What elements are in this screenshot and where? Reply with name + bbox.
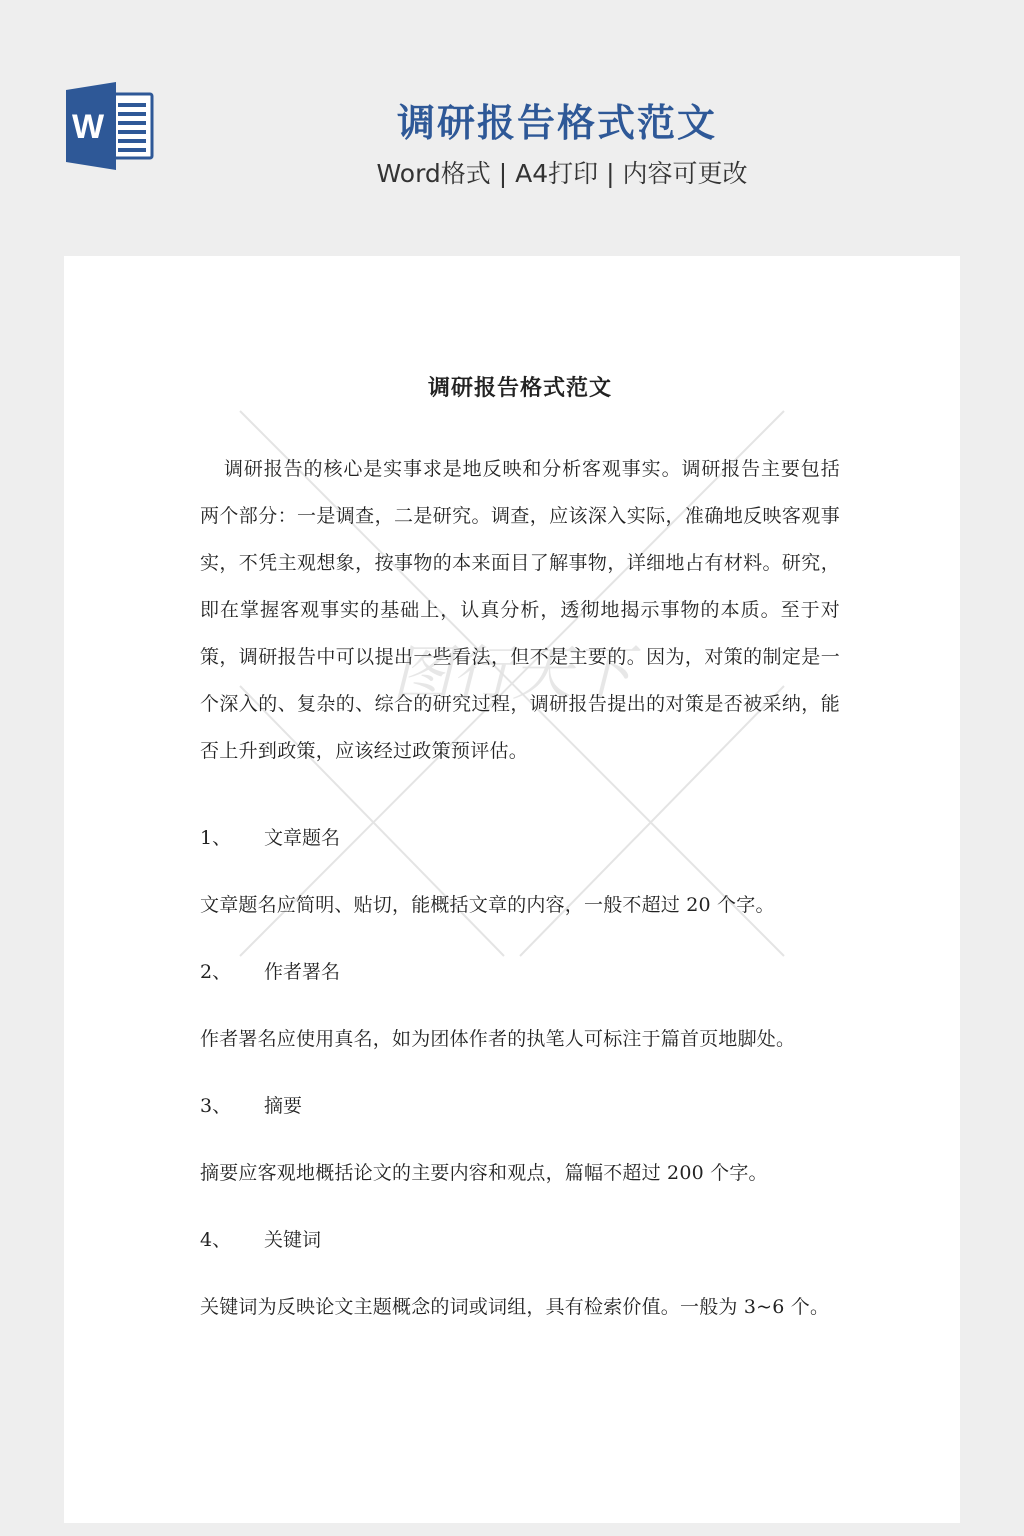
section-heading: 2、 作者署名 [200,949,840,996]
header-title: 调研报告格式范文 [0,92,1024,147]
section-number: 4、 [200,1217,264,1264]
section-label: 作者署名 [264,949,340,996]
document-page: 图行天下 调研报告格式范文 调研报告的核心是实事求是地反映和分析客观事实。调研报… [64,256,960,1523]
document-body: 调研报告格式范文 调研报告的核心是实事求是地反映和分析客观事实。调研报告主要包括… [200,368,840,1331]
section-label: 文章题名 [264,815,340,862]
section-number: 1、 [200,815,264,862]
section-heading: 4、 关键词 [200,1217,840,1264]
document-title: 调研报告格式范文 [200,368,840,408]
page-header: W 调研报告格式范文 Word格式 | A4打印 | 内容可更改 [0,0,1024,256]
section-label: 关键词 [264,1217,321,1264]
section-heading: 1、 文章题名 [200,815,840,862]
section-label: 摘要 [264,1083,302,1130]
header-subtitle: Word格式 | A4打印 | 内容可更改 [0,154,1024,190]
section-body: 作者署名应使用真名，如为团体作者的执笔人可标注于篇首页地脚处。 [200,1016,840,1063]
section-heading: 3、 摘要 [200,1083,840,1130]
section-body: 文章题名应简明、贴切，能概括文章的内容，一般不超过 20 个字。 [200,882,840,929]
section-number: 2、 [200,949,264,996]
intro-paragraph: 调研报告的核心是实事求是地反映和分析客观事实。调研报告主要包括两个部分：一是调查… [200,446,840,775]
section-body: 摘要应客观地概括论文的主要内容和观点，篇幅不超过 200 个字。 [200,1150,840,1197]
section-number: 3、 [200,1083,264,1130]
section-body: 关键词为反映论文主题概念的词或词组，具有检索价值。一般为 3~6 个。 [200,1284,840,1331]
